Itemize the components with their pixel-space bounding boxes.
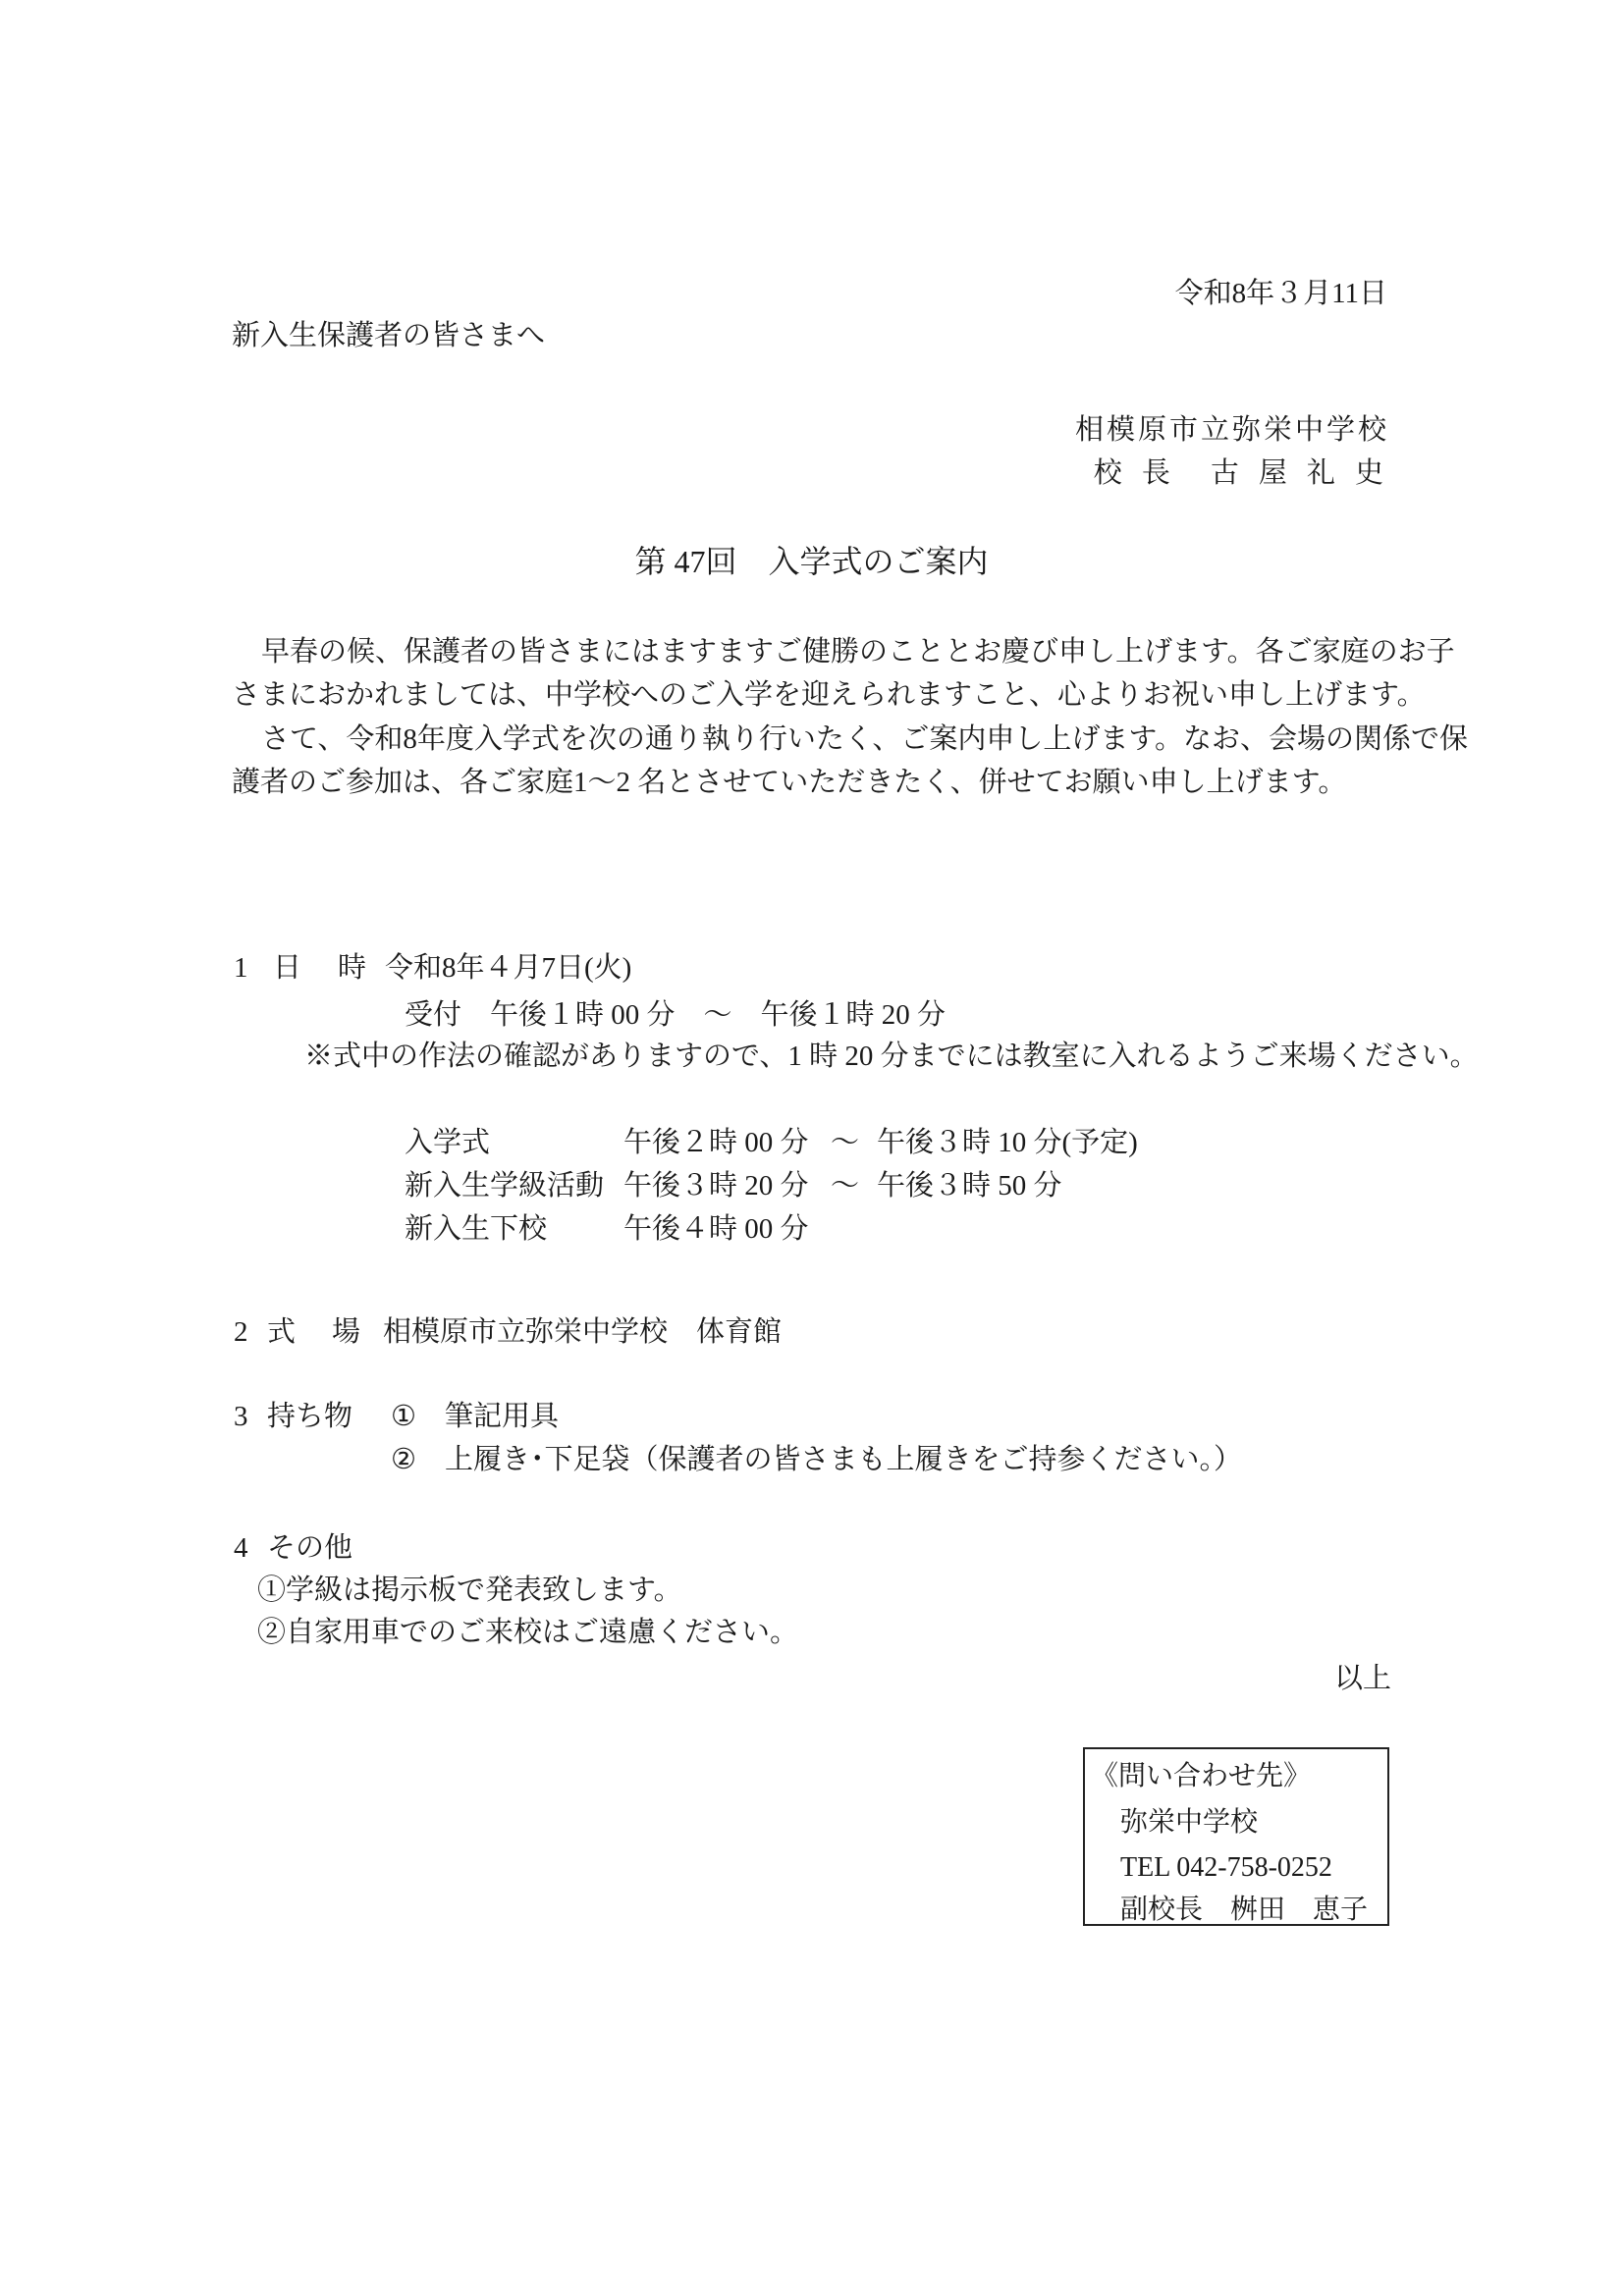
- schedule-event: 入学式: [405, 1127, 490, 1158]
- contact-heading: 《問い合わせ先》: [1091, 1761, 1311, 1792]
- addressee: 新入生保護者の皆さまへ: [232, 320, 545, 351]
- belonging-item: 筆記用具: [445, 1401, 559, 1432]
- schedule-start: 午後４時 00 分: [623, 1213, 809, 1245]
- section-4-number: 4: [234, 1532, 248, 1564]
- contact-tel: TEL 042-758-0252: [1120, 1852, 1332, 1884]
- contact-school: 弥栄中学校: [1120, 1807, 1258, 1839]
- schedule-event: 新入生学級活動: [405, 1170, 604, 1201]
- document-page: 令和8年３月11日 新入生保護者の皆さまへ 相模原市立弥栄中学校 校 長 古 屋…: [0, 0, 1623, 2296]
- arrival-note: ※式中の作法の確認がありますので、1 時 20 分までには教室に入れるようご来場…: [304, 1041, 1479, 1072]
- section-2-number: 2: [234, 1316, 248, 1348]
- schedule-start: 午後３時 20 分: [623, 1170, 809, 1201]
- section-3-label: 持ち物: [267, 1401, 352, 1432]
- sender-school: 相模原市立弥栄中学校: [1075, 414, 1389, 446]
- issue-date: 令和8年３月11日: [1175, 278, 1387, 309]
- body-line-4: 護者のご参加は、各ご家庭1～2 名とさせていただきたく、併せてお願い申し上げます…: [232, 767, 1346, 798]
- section-1-number: 1: [234, 952, 248, 984]
- ceremony-date: 令和8年４月7日(火): [385, 952, 631, 984]
- schedule-start: 午後２時 00 分: [623, 1127, 809, 1158]
- belonging-marker: ①: [391, 1401, 416, 1432]
- schedule-tilde: ～: [831, 1170, 859, 1201]
- body-line-3: さて、令和8年度入学式を次の通り執り行いたく、ご案内申し上げます。なお、会場の関…: [261, 723, 1468, 755]
- section-4-label: その他: [267, 1532, 352, 1564]
- section-1-label: 日 時: [273, 952, 370, 984]
- body-line-2: さまにおかれましては、中学校へのご入学を迎えられますこと、心よりお祝い申し上げま…: [232, 679, 1426, 711]
- section-3-number: 3: [234, 1401, 248, 1432]
- schedule-end: 午後３時 10 分(予定): [877, 1127, 1138, 1158]
- contact-person: 副校長 桝田 恵子: [1120, 1898, 1368, 1922]
- other-item: ①学級は掲示板で発表致します。: [257, 1575, 682, 1606]
- other-item: ②自家用車でのご来校はご遠慮ください。: [257, 1617, 798, 1648]
- belonging-marker: ②: [391, 1444, 416, 1475]
- page-title: 第 47回 入学式のご案内: [0, 544, 1623, 579]
- belonging-item: 上履き･下足袋（保護者の皆さまも上履きをご持参ください。）: [445, 1444, 1242, 1475]
- schedule-event: 新入生下校: [405, 1213, 547, 1245]
- schedule-tilde: ～: [831, 1127, 859, 1158]
- body-line-1: 早春の候、保護者の皆さまにはますますご健勝のこととお慶び申し上げます。各ご家庭の…: [261, 636, 1455, 667]
- schedule-end: 午後３時 50 分: [877, 1170, 1062, 1201]
- section-2-label: 式 場: [267, 1316, 364, 1348]
- venue-value: 相模原市立弥栄中学校 体育館: [383, 1316, 782, 1348]
- closing-mark: 以上: [1334, 1663, 1391, 1694]
- contact-box: 《問い合わせ先》 弥栄中学校 TEL 042-758-0252 副校長 桝田 恵…: [1083, 1747, 1389, 1926]
- reception-time: 受付 午後１時 00 分 ～ 午後１時 20 分: [405, 999, 946, 1031]
- sender-principal: 校 長 古 屋 礼 史: [1094, 457, 1389, 489]
